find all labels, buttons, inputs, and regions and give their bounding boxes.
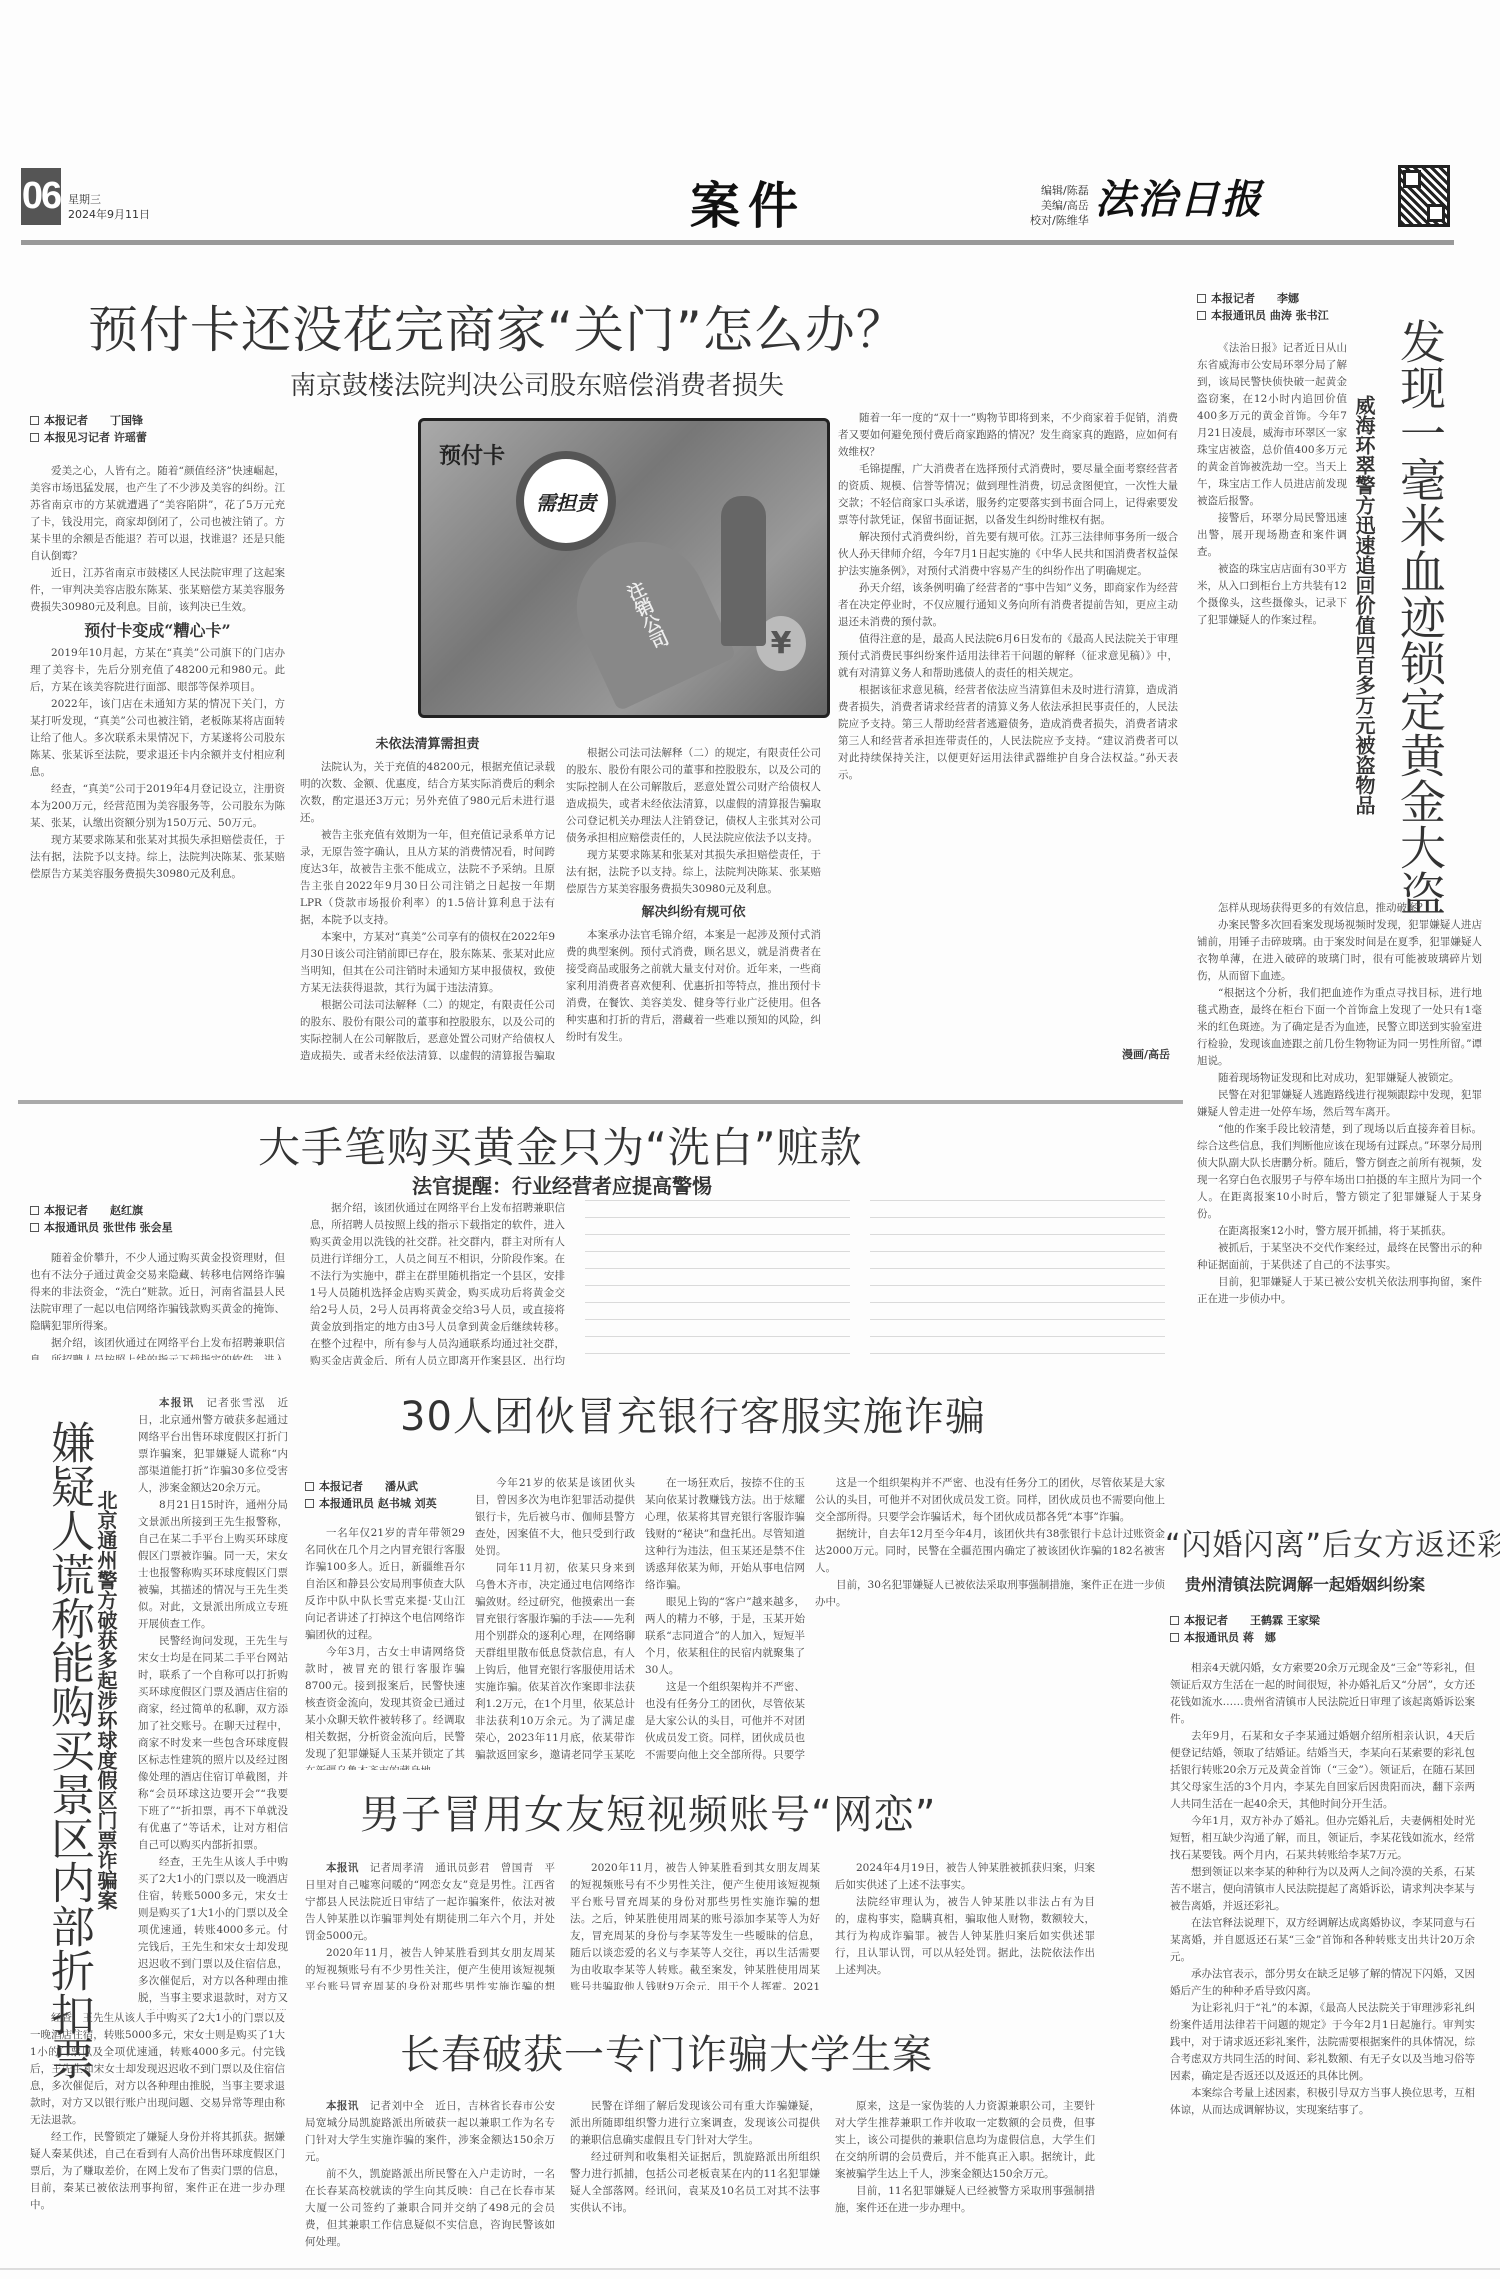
headline: “闪婚闪离”后女方返还彩礼 <box>1165 1520 1500 1564</box>
paragraph: 根据公司法司法解释（二）的规定，有限责任公司的股东、股份有限公司的董事和控股股东… <box>566 745 821 847</box>
headline-vertical: 嫌疑人谎称能购买景区内部折扣票 <box>44 1420 92 2080</box>
paragraph: 本案中，方某对“真美”公司享有的债权在2022年9月30日该公司注销前即已存在，… <box>300 929 555 997</box>
paragraph: 承办法官表示，部分男女在缺乏足够了解的情况下闪婚，又因婚后产生的种种矛盾导致闪离… <box>1170 1966 1475 2000</box>
headline: 30人团伙冒充银行客服实施诈骗 <box>400 1385 986 1442</box>
headline: 大手笔购买黄金只为“洗白”赃款 <box>258 1115 863 1175</box>
art-editor: 美编/高岳 <box>1030 198 1089 213</box>
byline-box-icon <box>1170 1616 1179 1625</box>
reporter: 记者刘中全 <box>370 2100 425 2112</box>
paragraph: 目前，11名犯罪嫌疑人已经被警方采取刑事强制措施，案件还在进一步办理中。 <box>835 2183 1095 2217</box>
subheadline: 南京鼓楼法院判决公司股东赔偿消费者损失 <box>290 365 784 402</box>
paragraph: 目前，犯罪嫌疑人于某已被公安机关依法刑事拘留，案件正在进一步侦办中。 <box>1197 1274 1482 1308</box>
page-bottom-edge <box>0 2268 1500 2270</box>
byline-box-icon <box>30 433 39 442</box>
article-body-col3: 2024年4月19日，被告人钟某胜被抓获归案，归案后如实供述了上述不法事实。 法… <box>835 1860 1095 1990</box>
cartoon-credit: 漫画/高岳 <box>1060 1046 1170 1062</box>
illustration-card-label: 预付卡 <box>439 439 505 470</box>
page-number: 06 <box>21 168 61 225</box>
paragraph: 据统计，自去年12月至今年4月，该团伙共有38张银行卡总计过账资金达2000万元… <box>815 1526 1165 1577</box>
paragraph: 被盗的珠宝店店面有30平方米，从入口到柜台上方共装有12个摄像头，这些摄像头，记… <box>1197 561 1347 629</box>
paragraph: 据介绍，该团伙通过在网络平台上发布招聘兼职信息，所招聘人员按照上线的指示下载指定… <box>30 1335 285 1360</box>
paragraph: 本案承办法官毛锦介绍，本案是一起涉及预付式消费的典型案例。预付式消费，顾名思义，… <box>566 927 821 1046</box>
byline-reporter: 本报记者 赵红旗 <box>44 1204 143 1217</box>
paragraph: 接警后，环翠分局民警迅速出警，展开现场勘查和案件调查。 <box>1197 510 1347 561</box>
masthead-logo: 法治日报 <box>1095 168 1263 225</box>
paragraph: 同年11月初，依某只身来到乌鲁木齐市，决定通过电信网络诈骗敛财。经过研究，他摸索… <box>475 1560 635 1765</box>
paragraph: 据介绍，该团伙通过在网络平台上发布招聘兼职信息，所招聘人员按照上线的指示下载指定… <box>310 1200 565 1365</box>
paragraph: 经查，“真美”公司于2019年4月登记设立，注册资本为200万元，经营范围为美容… <box>30 781 285 832</box>
byline-reporter: 本报记者 李娜 <box>1211 292 1299 305</box>
paragraph: 《法治日报》记者近日从山东省威海市公安局环翠分局了解到，该局民警快侦快破一起黄金… <box>1197 340 1347 510</box>
headline: 长春破获一专门诈骗大学生案 <box>400 2023 933 2080</box>
qr-code-icon[interactable] <box>1398 165 1450 227</box>
byline-box-icon <box>305 1482 314 1491</box>
paragraph: 目前，30名犯罪嫌疑人已被依法采取刑事强制措施，案件正在进一步侦办中。 <box>815 1577 1165 1611</box>
paragraph-text: 近日，北京通州警方破获多起通过网络平台出售环球度假区打折门票诈骗案，犯罪嫌疑人谎… <box>138 1397 288 1494</box>
dateline: 本报讯 <box>159 1397 195 1409</box>
byline: 本报记者 丁国锋 本报见习记者 许瑶蕾 <box>30 412 290 446</box>
paragraph: 根据该征求意见稿，经营者依法应当清算但未及时进行清算，造成消费者损失，消费者请求… <box>838 682 1178 784</box>
paragraph: 原来，这是一家伪装的人力资源兼职公司，主要针对大学生推荐兼职工作并收取一定数额的… <box>835 2098 1095 2183</box>
editor: 编辑/陈磊 <box>1030 183 1089 198</box>
paragraph: 想到领证以来李某的种种行为以及两人之间冷漠的关系，石某苦不堪言，便向清镇市人民法… <box>1170 1864 1475 1915</box>
paragraph: 在距离报案12小时，警方展开抓捕，将于某抓获。 <box>1197 1223 1482 1240</box>
paragraph: 被抓后，于某坚决不交代作案经过，最终在民警出示的种种证据面前，于某供述了自己的不… <box>1197 1240 1482 1274</box>
paragraph: 怎样从现场获得更多的有效信息，推动破案？ <box>1197 900 1482 917</box>
paragraph: 2020年11月，被告人钟某胜看到其女朋友周某的短视频账号有不少男性关注，便产生… <box>570 1860 820 1990</box>
paragraph: 本案综合考量上述因素，积极引导双方当事人换位思考，互相体谅，从而达成调解协议，实… <box>1170 2085 1475 2119</box>
paragraph-text: 平日里对自己嘘寒问暖的“网恋女友”竟是男性。江西省宁都县人民法院近日审结了一起诈… <box>305 1862 555 1942</box>
paragraph: 在法官释法说理下，双方经调解达成离婚协议，李某同意与石某离婚，并自愿返还石某“三… <box>1170 1915 1475 1966</box>
magnifier-icon: 需担责 <box>516 451 616 551</box>
article-body-col4: 随着一年一度的“双十一”购物节即将到来，不少商家着手促销，消费者又要如何避免预付… <box>838 410 1178 1030</box>
section-divider <box>18 1100 1183 1104</box>
paragraph: 在一场狂欢后，按捺不住的玉某向依某讨教赚钱方法。出于炫耀心理，依某将其冒充银行客… <box>645 1475 805 1594</box>
article-body-col3 <box>585 1200 850 1365</box>
byline-box-icon <box>30 1223 39 1232</box>
article-body-top: 《法治日报》记者近日从山东省威海市公安局环翠分局了解到，该局民警快侦快破一起黄金… <box>1197 340 1347 885</box>
paragraph: 近日，江苏省南京市鼓楼区人民法院审理了这起案件，一审判决美容店股东陈某、张某赔偿… <box>30 565 285 616</box>
subsection-title: 预付卡变成“糟心卡” <box>30 622 285 639</box>
editor-credits: 编辑/陈磊 美编/高岳 校对/陈维华 <box>1030 183 1089 228</box>
paragraph: 2019年10月起，方某在“真美”公司旗下的门店办理了美容卡，先后分别充值了48… <box>30 645 285 696</box>
byline-reporter: 本报记者 潘从武 <box>319 1480 418 1493</box>
paragraph: 今年3月，古女士申请网络贷款时，被冒充的银行客服诈骗8700元。接到报案后，民警… <box>305 1644 465 1770</box>
paragraph: 今年21岁的依某是该团伙头目，曾因多次为电诈犯罪活动提供银行卡，先后被乌市、伽师… <box>475 1475 635 1560</box>
figure-man-icon <box>721 496 766 646</box>
byline-correspondent: 本报通讯员 蒋 娜 <box>1184 1631 1276 1644</box>
reporter: 记者周孝清 通讯员彭君 曾国青 <box>370 1862 534 1874</box>
umbrella-text: 注销公司 <box>619 578 673 654</box>
subheadline: 法官提醒：行业经营者应提高警惕 <box>412 1170 712 1199</box>
date: 2024年9月11日 <box>68 207 150 222</box>
byline: 本报记者 王鹤霖 王家梁 本报通讯员 蒋 娜 <box>1170 1612 1470 1646</box>
paragraph: 相亲4天就闪婚，女方索要20余万元现金及“三金”等彩礼，但领证后双方生活在一起的… <box>1170 1660 1475 1728</box>
paragraph: 民警在对犯罪嫌疑人逃跑路线进行视频跟踪中发现，犯罪嫌疑人曾走进一处停车场，然后驾… <box>1197 1087 1482 1121</box>
paragraph: 经查，王先生从该人手中购买了2大1小的门票以及一晚酒店住宿，转账5000多元，宋… <box>30 2010 285 2129</box>
paragraph: 被告主张充值有效期为一年，但充值记录系单方记录，无原告签字确认，且从方某的消费情… <box>300 827 555 929</box>
paragraph: 随着现场物证发现和比对成功，犯罪嫌疑人被锁定。 <box>1197 1070 1482 1087</box>
article-body-col3: 根据公司法司法解释（二）的规定，有限责任公司的股东、股份有限公司的董事和控股股东… <box>566 745 821 1060</box>
paragraph: 民警经询问发现，王先生与宋女士均是在同某二手平台网站时，联系了一个自称可以打折购… <box>138 1633 288 1854</box>
article-body-col1: 本报讯 记者张雪泓 近日，北京通州警方破获多起通过网络平台出售环球度假区打折门票… <box>138 1395 288 2010</box>
paragraph: 现方某要求陈某和张某对其损失承担赔偿责任，于法有据，法院予以支持。综上，法院判决… <box>30 832 285 883</box>
article-body-col3: 原来，这是一家伪装的人力资源兼职公司，主要针对大学生推荐兼职工作并收取一定数额的… <box>835 2098 1095 2258</box>
byline-correspondent: 本报通讯员 曲涛 张书江 <box>1211 309 1329 322</box>
article-body-col2: 据介绍，该团伙通过在网络平台上发布招聘兼职信息，所招聘人员按照上线的指示下载指定… <box>310 1200 565 1365</box>
paragraph: 法院经审理认为，被告人钟某胜以非法占有为目的，虚构事实，隐瞒真相，骗取他人财物，… <box>835 1894 1095 1979</box>
weekday: 星期三 <box>68 192 150 207</box>
paragraph: 眼见上钩的“客户”越来越多，两人的精力不够，于是，玉某开始联系“志同道合”的人加… <box>645 1594 805 1679</box>
article-body-col2: 未依法清算需担责 法院认为，关于充值的48200元，根据充值记录载明的次数、金额… <box>300 730 555 1060</box>
paragraph: 前不久，凯旋路派出所民警在入户走访时，一名在长春某高校就读的学生向其反映：自己在… <box>305 2166 555 2251</box>
dateline: 本报讯 <box>326 1862 359 1874</box>
reporter: 记者张雪泓 <box>206 1397 265 1409</box>
article-body-col1: 爱美之心，人皆有之。随着“颜值经济”快速崛起，美容市场迅猛发展，也产生了不少涉及… <box>30 463 285 1053</box>
paragraph: 一名年仅21岁的青年带领29名同伙在几个月之内冒充银行客服诈骗100多人。近日，… <box>305 1525 465 1644</box>
cartoon-illustration: 预付卡 需担责 注销公司 ¥ <box>418 418 830 718</box>
article-body-col2: 民警在详细了解后发现该公司有重大诈骗嫌疑，派出所随即组织警力进行立案调查，发现该… <box>570 2098 820 2258</box>
byline: 本报记者 赵红旗 本报通讯员 张世伟 张会星 <box>30 1202 290 1236</box>
byline-reporter: 本报记者 王鹤霖 王家梁 <box>1184 1614 1320 1627</box>
article-body: 相亲4天就闪婚，女方索要20余万元现金及“三金”等彩礼，但领证后双方生活在一起的… <box>1170 1660 1475 2260</box>
paragraph: 孙天介绍，该条例明确了经营者的“事中告知”义务，即商家作为经营者在决定停业时，不… <box>838 580 1178 631</box>
byline-box-icon <box>1197 294 1206 303</box>
byline-correspondent: 本报通讯员 张世伟 张会星 <box>44 1221 173 1234</box>
paragraph: 法院认为，关于充值的48200元，根据充值记录载明的次数、金额、优惠度，结合方某… <box>300 759 555 827</box>
headline-vertical: 发现一毫米血迹锁定黄金大盗 <box>1395 318 1445 916</box>
subsection-title: 解决纠纷有规可依 <box>566 904 821 921</box>
paragraph: 经过研判和收集相关证据后，凯旋路派出所组织警力进行抓捕，包括公司老板袁某在内的1… <box>570 2149 820 2217</box>
paragraph: 根据公司法司法解释（二）的规定，有限责任公司的股东、股份有限公司的董事和控股股东… <box>300 997 555 1060</box>
paragraph: 这是一个组织架构并不严密、也没有任务分工的团伙，尽管依某是大家公认的头目，可他并… <box>645 1679 805 1765</box>
paragraph: 今年1月，双方补办了婚礼。但办完婚礼后，夫妻俩相处时光短暂，相互缺少沟通了解，而… <box>1170 1813 1475 1864</box>
paragraph: 去年9月，石某和女子李某通过婚姻介绍所相亲认识，4天后便登记结婚，领取了结婚证。… <box>1170 1728 1475 1813</box>
paragraph: 办案民警多次回看案发现场视频时发现，犯罪嫌疑人进店铺前，用锤子击碎玻璃。由于案发… <box>1197 917 1482 985</box>
subsection-title: 未依法清算需担责 <box>300 736 555 753</box>
paragraph: 这是一个组织架构并不严密、也没有任务分工的团伙，尽管依某是大家公认的头目，可他并… <box>815 1475 1165 1526</box>
magnifier-text: 需担责 <box>536 487 596 516</box>
paragraph: “他的作案手段比较清楚，到了现场以后直接奔着目标。综合这些信息，我们判断他应该在… <box>1197 1121 1482 1223</box>
byline: 本报记者 李娜 本报通讯员 曲涛 张书江 <box>1197 290 1387 324</box>
subheadline-vertical: 北京通州警方破获多起涉环球度假区门票诈骗案 <box>94 1490 118 1910</box>
paragraph: 值得注意的是，最高人民法院6月6日发布的《最高人民法院关于审理预付式消费民事纠纷… <box>838 631 1178 682</box>
byline-box-icon <box>30 1206 39 1215</box>
paragraph: 现方某要求陈某和张某对其损失承担赔偿责任，于法有据，法院予以支持。综上，法院判决… <box>566 847 821 898</box>
article-body-col3: 在一场狂欢后，按捺不住的玉某向依某讨教赚钱方法。出于炫耀心理，依某将其冒充银行客… <box>645 1475 805 1765</box>
byline-correspondent: 本报通讯员 赵书城 刘英 <box>319 1497 437 1510</box>
newspaper-page: 06 星期三 2024年9月11日 案件 编辑/陈磊 美编/高岳 校对/陈维华 … <box>0 0 1500 2279</box>
article-body-col2: 今年21岁的依某是该团伙头目，曾因多次为电诈犯罪活动提供银行卡，先后被乌市、伽师… <box>475 1475 635 1765</box>
byline-box-icon <box>1197 311 1206 320</box>
paragraph: 为让彩礼归于“礼”的本源，《最高人民法院关于审理涉彩礼纠纷案件适用法律若干问题的… <box>1170 2000 1475 2085</box>
byline-box-icon <box>1170 1633 1179 1642</box>
paragraph: “根据这个分析，我们把血迹作为重点寻找目标，进行地毯式勘查，最终在柜台下面一个首… <box>1197 985 1482 1070</box>
section-title: 案件 <box>690 166 806 238</box>
paragraph: 民警在详细了解后发现该公司有重大诈骗嫌疑，派出所随即组织警力进行立案调查，发现该… <box>570 2098 820 2149</box>
article-body-col1: 一名年仅21岁的青年带领29名同伙在几个月之内冒充银行客服诈骗100多人。近日，… <box>305 1525 465 1770</box>
paragraph: 随着一年一度的“双十一”购物节即将到来，不少商家着手促销，消费者又要如何避免预付… <box>838 410 1178 461</box>
paragraph: 8月21日15时许，通州分局文景派出所接到王先生报警称，自己在某二手平台上购买环… <box>138 1497 288 1633</box>
article-body-col2: 经查，王先生从该人手中购买了2大1小的门票以及一晚酒店住宿，转账5000多元，宋… <box>30 2010 285 2255</box>
byline-intern: 本报见习记者 许瑶蕾 <box>44 431 147 444</box>
umbrella-icon: 注销公司 <box>555 521 736 712</box>
byline-reporter: 本报记者 丁国锋 <box>44 414 143 427</box>
paragraph: 2024年4月19日，被告人钟某胜被抓获归案，归案后如实供述了上述不法事实。 <box>835 1860 1095 1894</box>
article-body-bottom: 怎样从现场获得更多的有效信息，推动破案？ 办案民警多次回看案发现场视频时发现，犯… <box>1197 900 1482 1460</box>
article-body-col4: 这是一个组织架构并不严密、也没有任务分工的团伙，尽管依某是大家公认的头目，可他并… <box>815 1475 1165 1765</box>
article-body-col1: 本报讯 记者刘中全 近日，吉林省长春市公安局宽城分局凯旋路派出所破获一起以兼职工… <box>305 2098 555 2258</box>
paragraph: 2022年，该门店在未通知方某的情况下关门，方某打听发现，“真美”公司也被注销，… <box>30 696 285 781</box>
headline: 预付卡还没花完商家“关门”怎么办？ <box>88 290 907 362</box>
paragraph: 2020年11月，被告人钟某胜看到其女朋友周某的短视频账号有不少男性关注，便产生… <box>305 1945 555 1990</box>
paragraph: 随着金价攀升，不少人通过购买黄金投资理财，但也有不法分子通过黄金交易来隐藏、转移… <box>30 1250 285 1335</box>
dateline: 本报讯 <box>326 2100 359 2112</box>
header-divider <box>21 240 1454 245</box>
paragraph: 毛锦提醒，广大消费者在选择预付式消费时，要尽量全面考察经营者的资质、规模、信誉等… <box>838 461 1178 529</box>
paragraph: 解决预付式消费纠纷，首先要有规可依。江苏三法律师事务所一级合伙人孙天律师介绍，今… <box>838 529 1178 580</box>
headline: 男子冒用女友短视频账号“网恋” <box>360 1783 936 1840</box>
issue-date: 星期三 2024年9月11日 <box>68 192 150 222</box>
subheadline-vertical: 威海环翠警方迅速追回价值四百多万元被盗物品 <box>1352 395 1376 815</box>
paragraph: 经工作，民警锁定了嫌疑人身份并将其抓获。据嫌疑人秦某供述，自己在看到有人高价出售… <box>30 2129 285 2214</box>
article-body-col1: 随着金价攀升，不少人通过购买黄金投资理财，但也有不法分子通过黄金交易来隐藏、转移… <box>30 1250 285 1360</box>
subheadline: 贵州清镇法院调解一起婚姻纠纷案 <box>1185 1572 1425 1595</box>
byline-box-icon <box>30 416 39 425</box>
article-body-col1: 本报讯 记者周孝清 通讯员彭君 曾国青 平日里对自己嘘寒问暖的“网恋女友”竟是男… <box>305 1860 555 1990</box>
proofreader: 校对/陈维华 <box>1030 213 1089 228</box>
article-body-col2: 2020年11月，被告人钟某胜看到其女朋友周某的短视频账号有不少男性关注，便产生… <box>570 1860 820 1990</box>
article-body-col4 <box>870 1200 1165 1365</box>
paragraph: 爱美之心，人皆有之。随着“颜值经济”快速崛起，美容市场迅猛发展，也产生了不少涉及… <box>30 463 285 565</box>
byline-box-icon <box>305 1499 314 1508</box>
paragraph: 经查，王先生从该人手中购买了2大1小的门票以及一晚酒店住宿，转账5000多元，宋… <box>138 1854 288 2010</box>
